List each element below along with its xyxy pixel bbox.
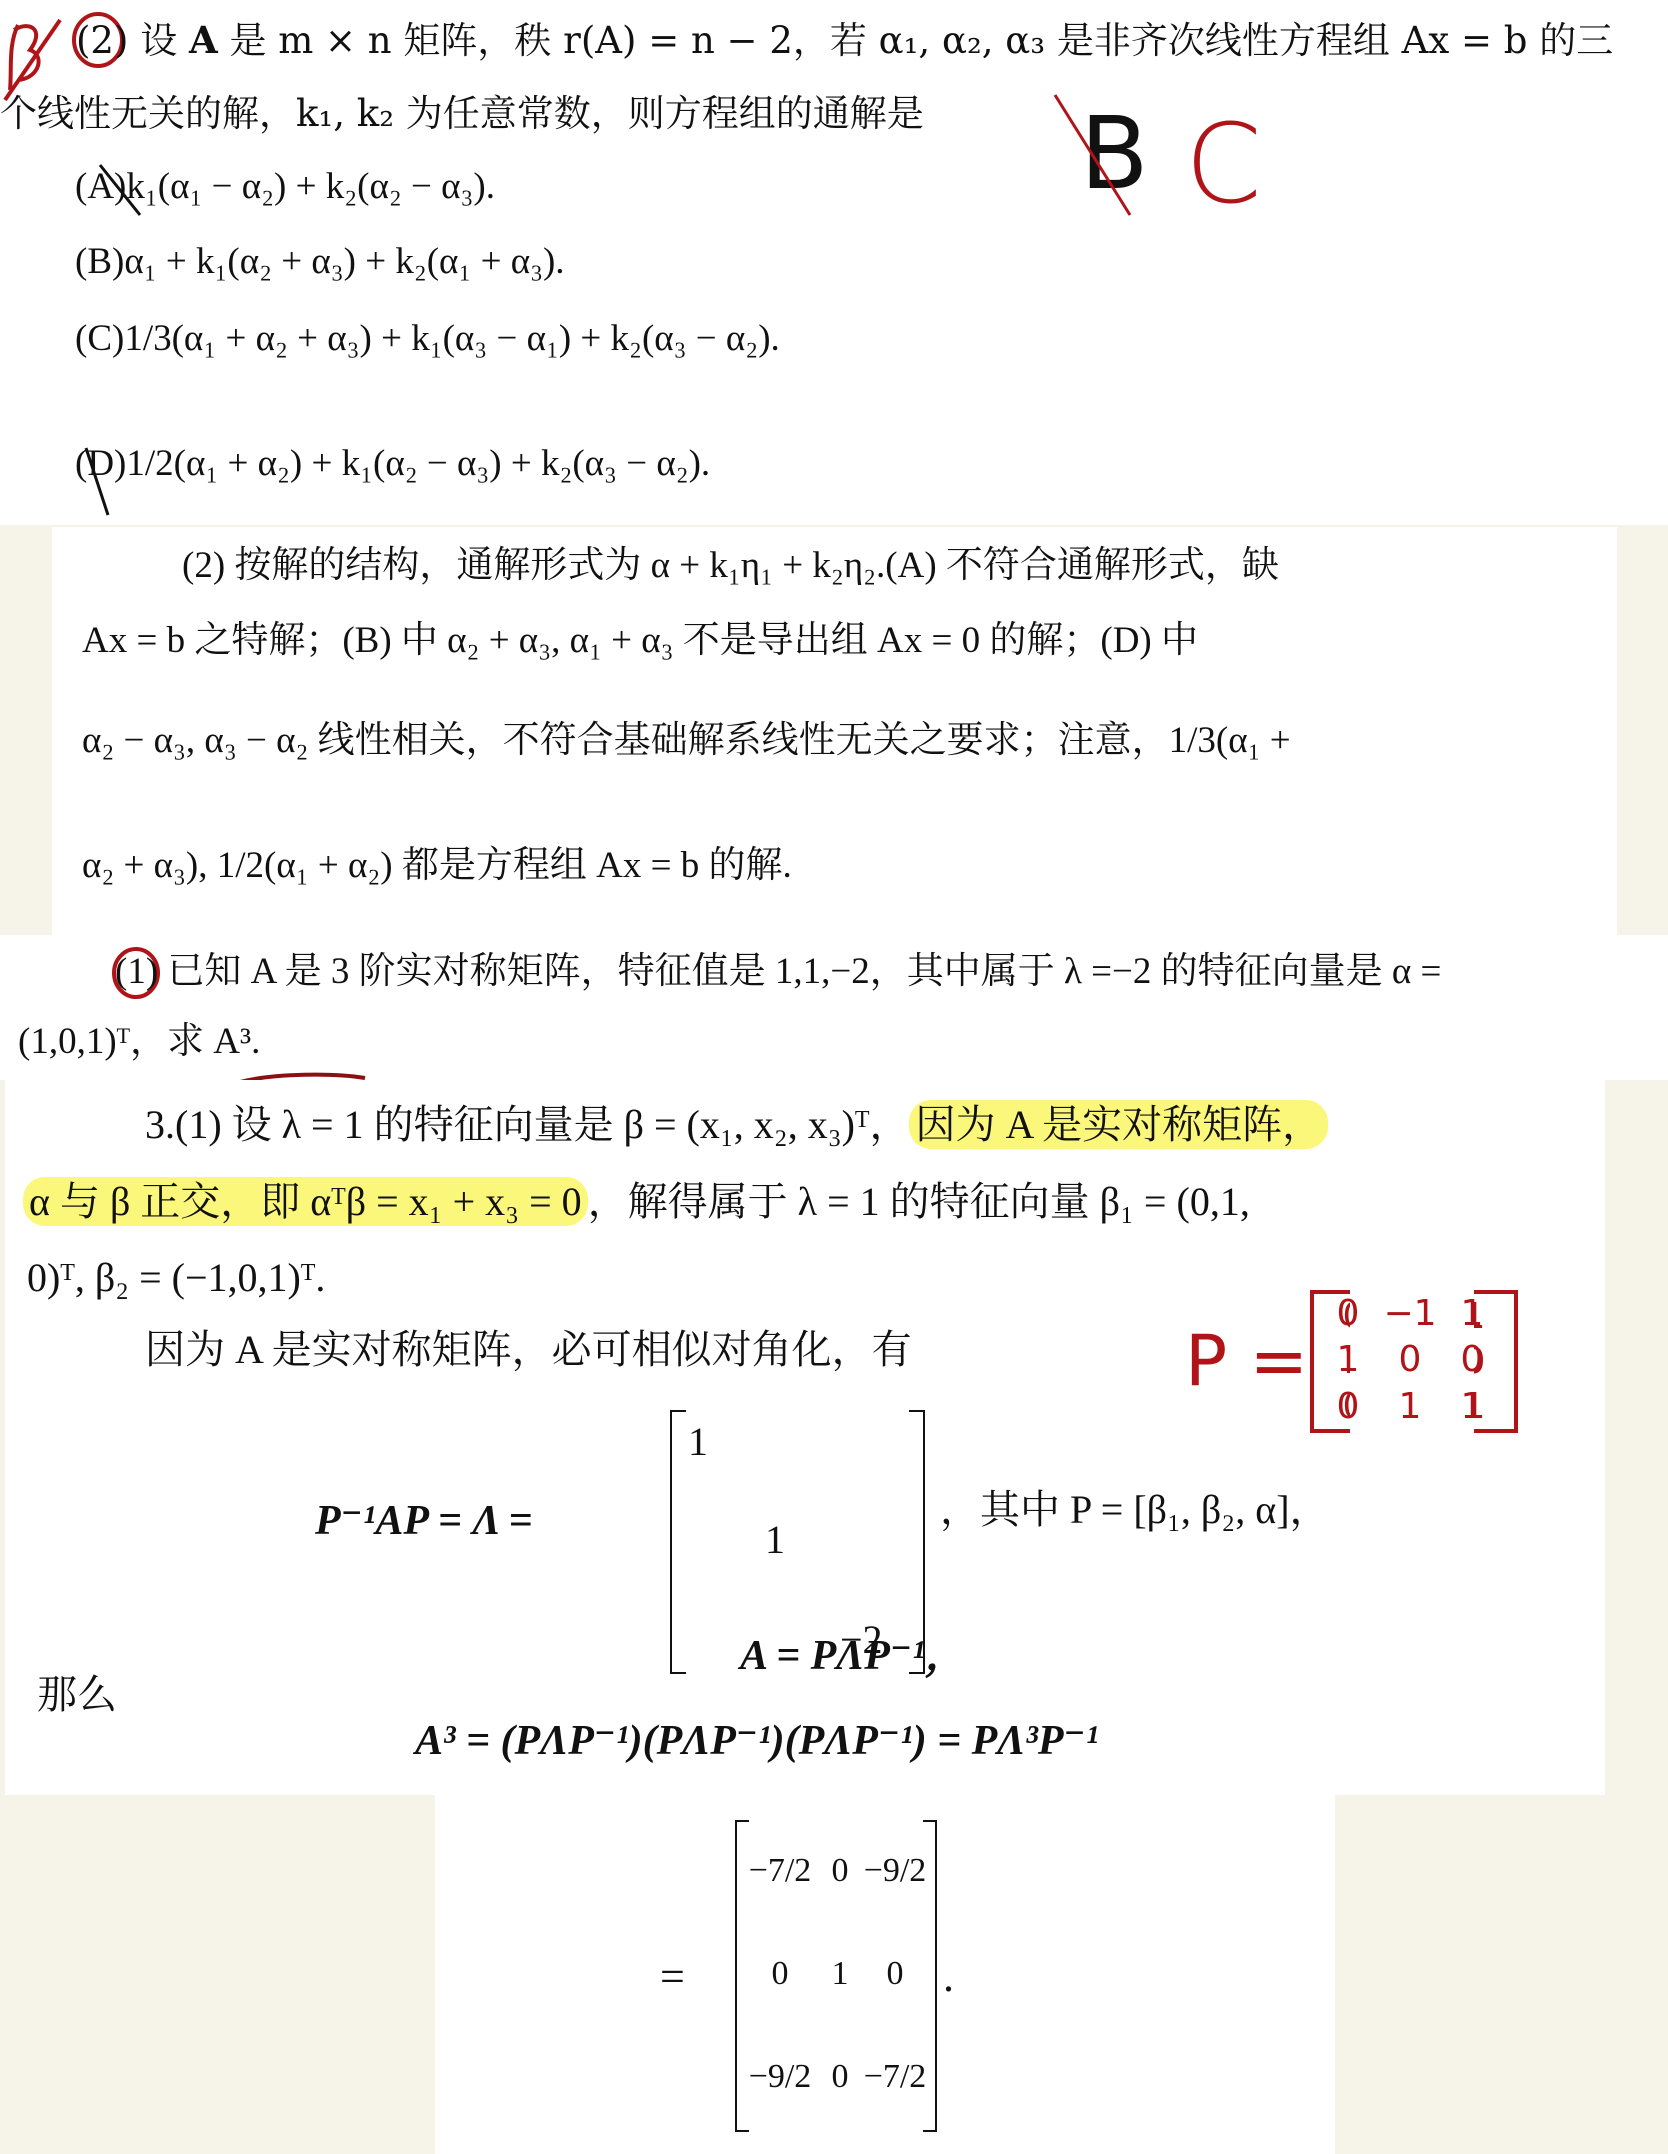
equation-a-cubed: A³ = (PΛP⁻¹)(PΛP⁻¹)(PΛP⁻¹) = PΛ³P⁻¹	[415, 1720, 1098, 1762]
equation-a-decomposition: A = PΛP⁻¹，	[740, 1635, 967, 1677]
then-label: 那么	[37, 1675, 117, 1715]
solution-2-line4: α₂ + α₃), 1/2(α₁ + α₂) 都是方程组 Ax = b 的解.	[82, 847, 792, 884]
cross-out-mark-icon	[78, 440, 118, 520]
solution-3-block: 3.(1) 设 λ = 1 的特征向量是 β = (x₁, x₂, x₃)ᵀ，因…	[5, 1080, 1605, 1795]
period: .	[943, 1955, 954, 1999]
equation-diagonalization-rhs: ，其中 P = [β₁, β₂, α]，	[940, 1490, 1330, 1530]
cross-out-mark-icon	[95, 160, 145, 220]
solution-3-line1: 3.(1) 设 λ = 1 的特征向量是 β = (x₁, x₂, x₃)ᵀ，因…	[145, 1105, 1328, 1145]
question-1-block: (1) 已知 A 是 3 阶实对称矩阵，特征值是 1,1,−2，其中属于 λ =…	[0, 935, 1668, 1080]
question-1-line1: (1) 已知 A 是 3 阶实对称矩阵，特征值是 1,1,−2，其中属于 λ =…	[115, 953, 1441, 990]
question-2-block: (2) 设 A 是 m × n 矩阵，秩 r(A) = n − 2，若 α₁, …	[0, 0, 1668, 525]
diagonal-matrix: 1 1 −2	[670, 1410, 925, 1670]
question-2-stem-line1: (2) 设 A 是 m × n 矩阵，秩 r(A) = n − 2，若 α₁, …	[76, 22, 1613, 59]
equation-diagonalization-lhs: P⁻¹AP = Λ =	[315, 1500, 533, 1542]
solution-3-line3: 0)ᵀ, β₂ = (−1,0,1)ᵀ.	[27, 1258, 325, 1298]
handwritten-answer-c: C	[1185, 100, 1262, 228]
result-matrix-entries: −7/2 0 −9/2 0 1 0 −9/2 0 −7/2	[740, 1820, 930, 2128]
solution-2-line1: (2) 按解的结构，通解形式为 α + k₁η₁ + k₂η₂.(A) 不符合通…	[182, 547, 1279, 584]
option-c[interactable]: (C)1/3(α₁ + α₂ + α₃) + k₁(α₃ − α₁) + k₂(…	[75, 320, 780, 357]
question-number: (1)	[115, 951, 158, 992]
solution-2-block: (2) 按解的结构，通解形式为 α + k₁η₁ + k₂η₂.(A) 不符合通…	[52, 527, 1617, 935]
solution-3-line2: α 与 β 正交，即 αᵀβ = x₁ + x₃ = 0，解得属于 λ = 1 …	[23, 1182, 1250, 1222]
option-d[interactable]: (D)1/2(α₁ + α₂) + k₁(α₂ − α₃) + k₂(α₃ − …	[75, 445, 710, 482]
solution-2-line2: Ax = b 之特解；(B) 中 α₂ + α₃, α₁ + α₃ 不是导出组 …	[82, 622, 1198, 659]
equals-sign: =	[660, 1955, 685, 1999]
handwritten-p-entries: 0 −1 1 1 0 0 0 1 1	[1317, 1290, 1503, 1430]
highlight: α 与 β 正交，即 αᵀβ = x₁ + x₃ = 0	[23, 1177, 588, 1226]
highlight: 因为 A 是实对称矩阵，	[909, 1100, 1328, 1149]
strike-through-mark-icon	[1050, 90, 1170, 220]
result-matrix-block: = −7/2 0 −9/2 0 1 0 −9/2 0 −7/2 .	[435, 1795, 1335, 2154]
solution-2-line3: α₂ − α₃, α₃ − α₂ 线性相关，不符合基础解系线性无关之要求；注意，…	[82, 722, 1291, 759]
handwritten-p-label: P =	[1185, 1320, 1308, 1402]
solution-3-line4: 因为 A 是实对称矩阵，必可相似对角化，有	[145, 1330, 912, 1370]
question-2-stem-line2: 个线性无关的解，k₁, k₂ 为任意常数，则方程组的通解是	[0, 95, 924, 132]
option-b[interactable]: (B)α₁ + k₁(α₂ + α₃) + k₂(α₁ + α₃).	[75, 243, 565, 280]
question-number: (2)	[76, 19, 128, 62]
question-1-line2: (1,0,1)ᵀ，求 A³.	[18, 1023, 260, 1060]
